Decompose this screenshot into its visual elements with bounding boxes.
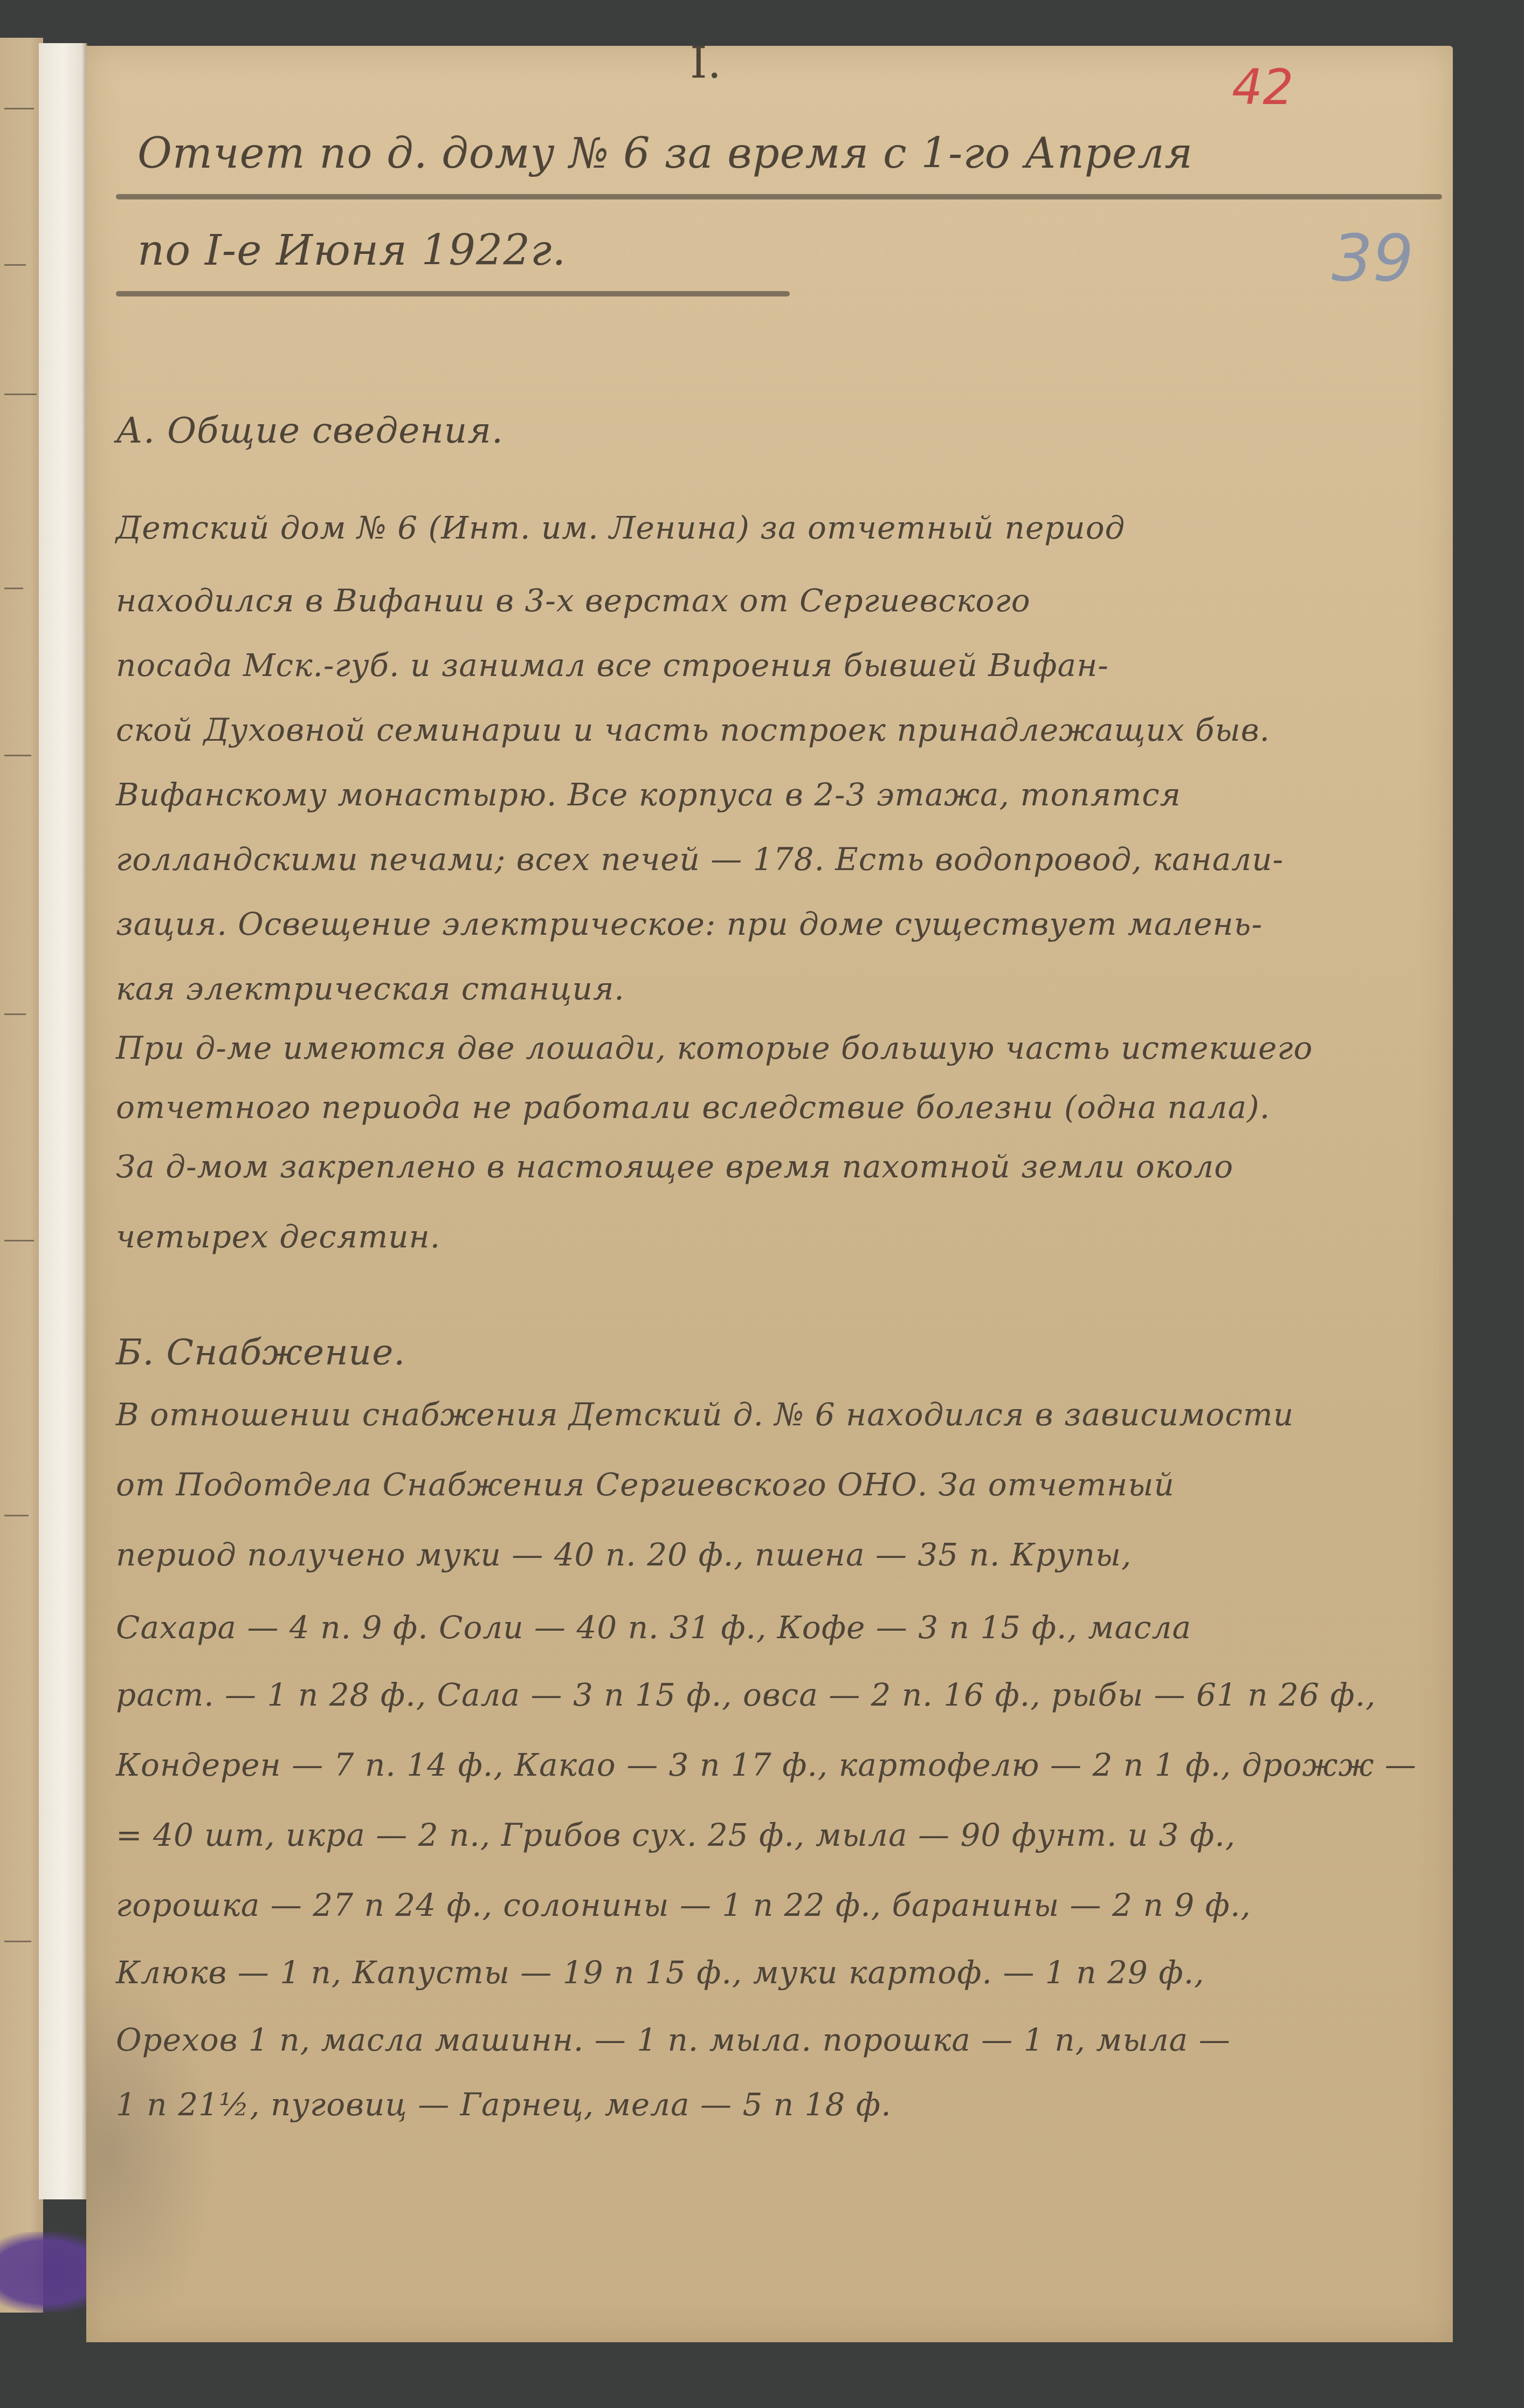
section-b-line: В отношении снабжения Детский д. № 6 нах…: [116, 1396, 1294, 1433]
title-underline-1: [116, 194, 1442, 199]
section-b-heading: Б. Снабжение.: [116, 1331, 405, 1373]
section-b-line: от Подотдела Снабжения Сергиевского ОНО.…: [116, 1466, 1175, 1503]
title-line-2: по I-е Июня 1922г.: [137, 226, 566, 275]
ink-fragment: [4, 588, 23, 589]
section-number: I.: [690, 38, 722, 88]
section-b-line: Клюкв — 1 п, Капусты — 19 п 15 ф., муки …: [116, 1954, 1205, 1991]
ink-fragment: [4, 1941, 31, 1942]
folio-number-red: 42: [1232, 59, 1294, 116]
ink-fragment: [4, 1240, 34, 1241]
section-a-line: кая электрическая станция.: [116, 970, 625, 1007]
ink-fragment: [4, 108, 34, 109]
adjacent-page-edge: [0, 38, 43, 2313]
section-b-line: Кондерен — 7 п. 14 ф., Какао — 3 п 17 ф.…: [116, 1747, 1417, 1783]
section-b-line: = 40 шт, икра — 2 п., Грибов сух. 25 ф.,…: [116, 1817, 1236, 1853]
section-a-line: За д-мом закреплено в настоящее время па…: [116, 1148, 1233, 1185]
section-a-line: отчетного периода не работали вследствие…: [116, 1089, 1270, 1126]
section-a-line: четырех десятин.: [116, 1218, 440, 1255]
ink-fragment: [4, 394, 37, 395]
section-a-line: При д-ме имеются две лошади, которые бол…: [116, 1030, 1313, 1066]
section-b-line: период получено муки — 40 п. 20 ф., пшен…: [116, 1536, 1132, 1573]
ink-fragment: [4, 1013, 26, 1015]
section-a-heading: А. Общие сведения.: [116, 410, 504, 451]
ink-fragment: [4, 264, 26, 266]
section-b-line: Орехов 1 п, масла машинн. — 1 п. мыла. п…: [116, 2021, 1231, 2058]
section-b-line: 1 п 21½, пуговиц — Гарнец, мела — 5 п 18…: [116, 2086, 892, 2123]
section-a-line: Детский дом № 6 (Инт. им. Ленина) за отч…: [116, 509, 1125, 546]
section-b-line: раст. — 1 п 28 ф., Сала — 3 п 15 ф., овс…: [116, 1676, 1376, 1713]
section-a-line: посада Мск.-губ. и занимал все строения …: [116, 647, 1109, 684]
document-page: [86, 46, 1453, 2342]
section-b-line: Сахара — 4 п. 9 ф. Соли — 40 п. 31 ф., К…: [116, 1609, 1191, 1646]
section-a-line: голландскими печами; всех печей — 178. Е…: [116, 841, 1284, 878]
section-a-line: находился в Вифании в 3-х верстах от Сер…: [116, 582, 1031, 619]
ink-fragment: [4, 1515, 29, 1516]
section-a-line: Вифанскому монастырю. Все корпуса в 2-3 …: [116, 776, 1181, 813]
folio-number-blue: 39: [1332, 221, 1414, 296]
section-a-line: зация. Освещение электрическое: при доме…: [116, 906, 1263, 942]
section-a-line: ской Духовной семинарии и часть построек…: [116, 712, 1270, 748]
ink-fragment: [4, 755, 31, 756]
title-underline-2: [116, 291, 790, 296]
binding-strip: [39, 43, 88, 2199]
section-b-line: горошка — 27 п 24 ф., солонины — 1 п 22 …: [116, 1887, 1251, 1923]
title-line-1: Отчет по д. дому № 6 за время с 1-го Апр…: [137, 129, 1193, 178]
